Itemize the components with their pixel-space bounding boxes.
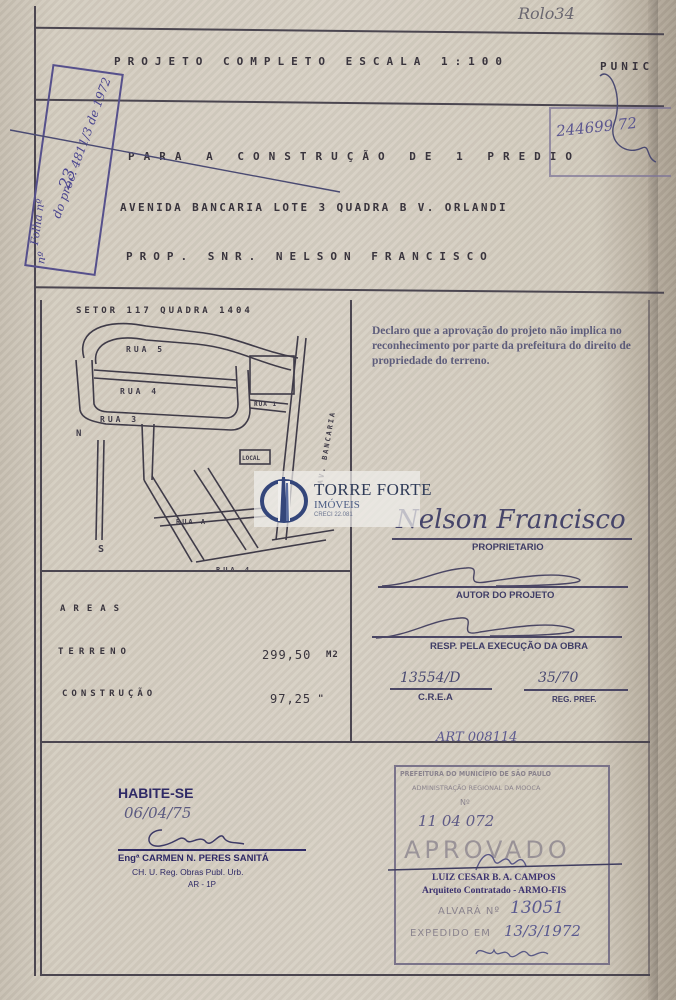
approval-header-1: PREFEITURA DO MUNICÍPIO DE SÃO PAULO <box>400 770 551 778</box>
author-signature <box>376 560 636 594</box>
rule-under-title <box>34 99 664 108</box>
watermark-logo: TORRE FORTE IMÓVEIS CRECI 22.081 <box>254 471 420 527</box>
map-street-rua-1: RUA 1 <box>254 401 277 408</box>
area-row-construcao-value: 97,25 <box>270 692 311 706</box>
art-number: ART 008114 <box>436 730 517 745</box>
map-street-rua-4: RUA 4 <box>120 387 159 396</box>
map-local-label: LOCAL <box>242 455 260 462</box>
area-row-construcao-label: CONSTRUÇÃO <box>62 689 156 699</box>
protocol-signature <box>590 66 660 166</box>
tower-logo-icon <box>258 473 310 525</box>
reg-pref-label: REG. PREF. <box>552 695 596 704</box>
expedido-label: EXPEDIDO EM <box>410 928 491 939</box>
crea-line <box>390 688 492 690</box>
area-row-construcao-unit: " <box>318 694 329 704</box>
rule-map-bottom <box>42 570 352 572</box>
area-row-terreno-label: TERRENO <box>58 647 131 657</box>
compass-south: S <box>98 544 104 555</box>
executor-signature-line <box>372 636 622 638</box>
approval-signature <box>386 846 626 876</box>
map-street-rua-4-south: RUA 4 <box>216 566 252 570</box>
areas-title: AREAS <box>60 604 127 614</box>
archive-reference: Rolo34 <box>518 4 575 23</box>
owner-signature: Nelson Francisco <box>396 505 626 535</box>
watermark-creci: CRECI 22.081 <box>314 512 353 518</box>
habite-se-signature-line <box>118 849 306 851</box>
habite-se-title: HABITE-SE <box>118 785 193 801</box>
rule-areas-bottom <box>40 741 650 743</box>
header-project-scale: PROJETO COMPLETO ESCALA 1:100 <box>114 55 509 68</box>
approval-name: LUIZ CESAR B. A. CAMPOS <box>432 873 556 883</box>
area-row-terreno-unit: M2 <box>326 650 339 660</box>
alvara-number: 13051 <box>510 898 564 918</box>
crea-number: 13554/D <box>400 670 460 686</box>
author-signature-line <box>378 586 628 588</box>
top-rule <box>34 27 664 36</box>
folha-label-2: nº <box>34 251 49 265</box>
folha-label: Folha nº <box>28 198 47 246</box>
reg-pref-number: 35/70 <box>538 670 578 686</box>
owner-signature-line <box>392 538 632 540</box>
crea-label: C.R.E.A <box>418 692 453 703</box>
map-street-rua-5: RUA 5 <box>126 345 165 354</box>
map-street-rua-3: RUA 3 <box>100 415 139 424</box>
right-border <box>648 300 650 976</box>
area-row-terreno-value: 299,50 <box>262 648 311 662</box>
watermark-sub: IMÓVEIS <box>314 499 360 511</box>
compass-north: N <box>76 429 81 439</box>
approval-date: 11 04 072 <box>418 812 494 830</box>
map-street-rua-a: RUA A <box>176 518 207 526</box>
habite-se-role: CH. U. Reg. Obras Publ. Urb. <box>132 867 243 877</box>
alvara-label: ALVARÁ Nº <box>438 906 500 917</box>
approval-number-label: Nº <box>460 798 470 807</box>
location-map: RUA 5 RUA 4 RUA 3 RUA 1 AV. BANCARIA RUA… <box>36 300 348 570</box>
watermark-name: TORRE FORTE <box>314 480 432 500</box>
declaration-text: Declaro que a aprovação do projeto não i… <box>372 324 644 369</box>
habite-se-name: Engª CARMEN N. PERES SANITÁ <box>118 853 269 864</box>
document-page: Rolo34 PROJETO COMPLETO ESCALA 1:100 PUN… <box>0 0 676 1000</box>
approval-header-2: ADMINISTRAÇÃO REGIONAL DA MOOCA <box>412 784 540 792</box>
executor-label: RESP. PELA EXECUÇÃO DA OBRA <box>430 641 588 652</box>
diagonal-pencil-stroke <box>10 120 350 200</box>
reg-pref-line <box>524 689 628 691</box>
habite-se-dept: AR - 1P <box>188 880 216 889</box>
header-owner: PROP. SNR. NELSON FRANCISCO <box>126 250 494 263</box>
expedido-date: 13/3/1972 <box>504 922 581 940</box>
owner-label: PROPRIETARIO <box>472 542 544 553</box>
rule-header-bottom <box>34 286 664 293</box>
expedido-signature <box>470 940 560 966</box>
approval-role: Arquiteto Contratado - ARMO-FIS <box>422 886 566 896</box>
header-address: AVENIDA BANCARIA LOTE 3 QUADRA B V. ORLA… <box>120 201 508 214</box>
author-label: AUTOR DO PROJETO <box>456 590 554 601</box>
rule-bottom <box>40 974 650 976</box>
